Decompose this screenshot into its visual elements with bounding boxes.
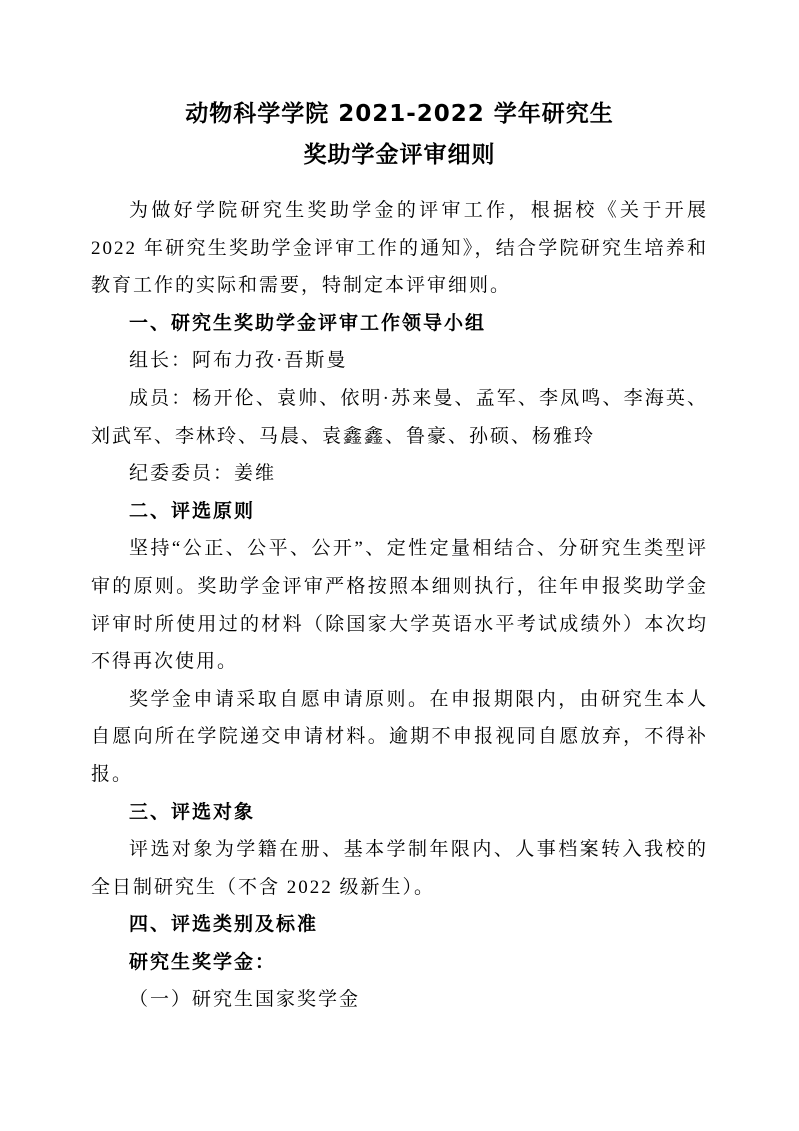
section-4-heading: 四、评选类别及标准 — [91, 906, 708, 944]
group-leader-line: 组长：阿布力孜·吾斯曼 — [91, 342, 708, 380]
discipline-committee-line: 纪委委员：姜维 — [91, 455, 708, 493]
scholarship-subheading: 研究生奖学金： — [91, 944, 708, 982]
principles-paragraph-1: 坚持“公正、公平、公开”、定性定量相结合、分研究生类型评审的原则。奖助学金评审严… — [91, 530, 708, 680]
principles-paragraph-2: 奖学金申请采取自愿申请原则。在申报期限内，由研究生本人自愿向所在学院递交申请材料… — [91, 681, 708, 794]
section-2-heading: 二、评选原则 — [91, 493, 708, 531]
scholarship-item-1-line: （一）研究生国家奖学金 — [91, 981, 708, 1019]
section-3-heading: 三、评选对象 — [91, 794, 708, 832]
members-line: 成员：杨开伦、袁帅、依明·苏来曼、孟军、李凤鸣、李海英、刘武军、李林玲、马晨、袁… — [91, 380, 708, 455]
document-body: 为做好学院研究生奖助学金的评审工作，根据校《关于开展 2022 年研究生奖助学金… — [91, 192, 708, 1019]
document-title: 动物科学学院 2021-2022 学年研究生 奖助学金评审细则 — [91, 94, 708, 176]
document-content: 动物科学学院 2021-2022 学年研究生 奖助学金评审细则 为做好学院研究生… — [91, 94, 708, 1019]
section-1-heading: 一、研究生奖助学金评审工作领导小组 — [91, 305, 708, 343]
intro-paragraph: 为做好学院研究生奖助学金的评审工作，根据校《关于开展 2022 年研究生奖助学金… — [91, 192, 708, 305]
document-title-line-2: 奖助学金评审细则 — [91, 135, 708, 176]
eligibility-paragraph: 评选对象为学籍在册、基本学制年限内、人事档案转入我校的全日制研究生（不含 202… — [91, 831, 708, 906]
document-page: 动物科学学院 2021-2022 学年研究生 奖助学金评审细则 为做好学院研究生… — [0, 0, 799, 1131]
document-title-line-1: 动物科学学院 2021-2022 学年研究生 — [91, 94, 708, 135]
